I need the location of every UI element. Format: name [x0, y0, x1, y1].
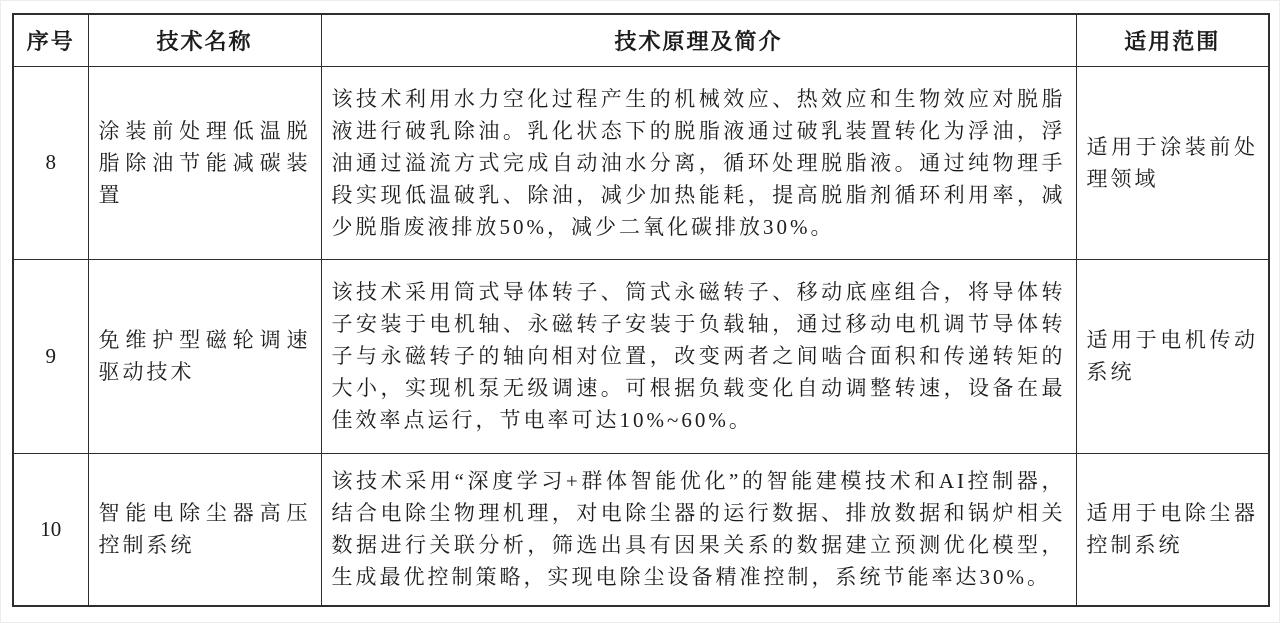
document-page: 序号 技术名称 技术原理及简介 适用范围 8 涂装前处理低温脱脂除油节能减碳装置… [0, 0, 1280, 623]
row-technology-name: 免维护型磁轮调速驱动技术 [88, 259, 321, 453]
row-principle-intro: 该技术采用筒式导体转子、筒式永磁转子、移动底座组合，将导体转子安装于电机轴、永磁… [321, 259, 1076, 453]
row-technology-name: 智能电除尘器高压控制系统 [88, 453, 321, 606]
header-serial-number: 序号 [13, 14, 88, 66]
header-principle-intro: 技术原理及简介 [321, 14, 1076, 66]
row-serial-number: 8 [13, 66, 88, 259]
row-principle-intro: 该技术利用水力空化过程产生的机械效应、热效应和生物效应对脱脂液进行破乳除油。乳化… [321, 66, 1076, 259]
header-applicable-scope: 适用范围 [1076, 14, 1269, 66]
table-row: 8 涂装前处理低温脱脂除油节能减碳装置 该技术利用水力空化过程产生的机械效应、热… [13, 66, 1269, 259]
row-serial-number: 10 [13, 453, 88, 606]
row-principle-intro: 该技术采用“深度学习+群体智能优化”的智能建模技术和AI控制器，结合电除尘物理机… [321, 453, 1076, 606]
technology-table: 序号 技术名称 技术原理及简介 适用范围 8 涂装前处理低温脱脂除油节能减碳装置… [12, 13, 1270, 607]
row-technology-name: 涂装前处理低温脱脂除油节能减碳装置 [88, 66, 321, 259]
row-serial-number: 9 [13, 259, 88, 453]
row-applicable-scope: 适用于电机传动系统 [1076, 259, 1269, 453]
row-applicable-scope: 适用于涂装前处理领域 [1076, 66, 1269, 259]
header-row: 序号 技术名称 技术原理及简介 适用范围 [13, 14, 1269, 66]
table-row: 9 免维护型磁轮调速驱动技术 该技术采用筒式导体转子、筒式永磁转子、移动底座组合… [13, 259, 1269, 453]
row-applicable-scope: 适用于电除尘器控制系统 [1076, 453, 1269, 606]
table-row: 10 智能电除尘器高压控制系统 该技术采用“深度学习+群体智能优化”的智能建模技… [13, 453, 1269, 606]
header-technology-name: 技术名称 [88, 14, 321, 66]
